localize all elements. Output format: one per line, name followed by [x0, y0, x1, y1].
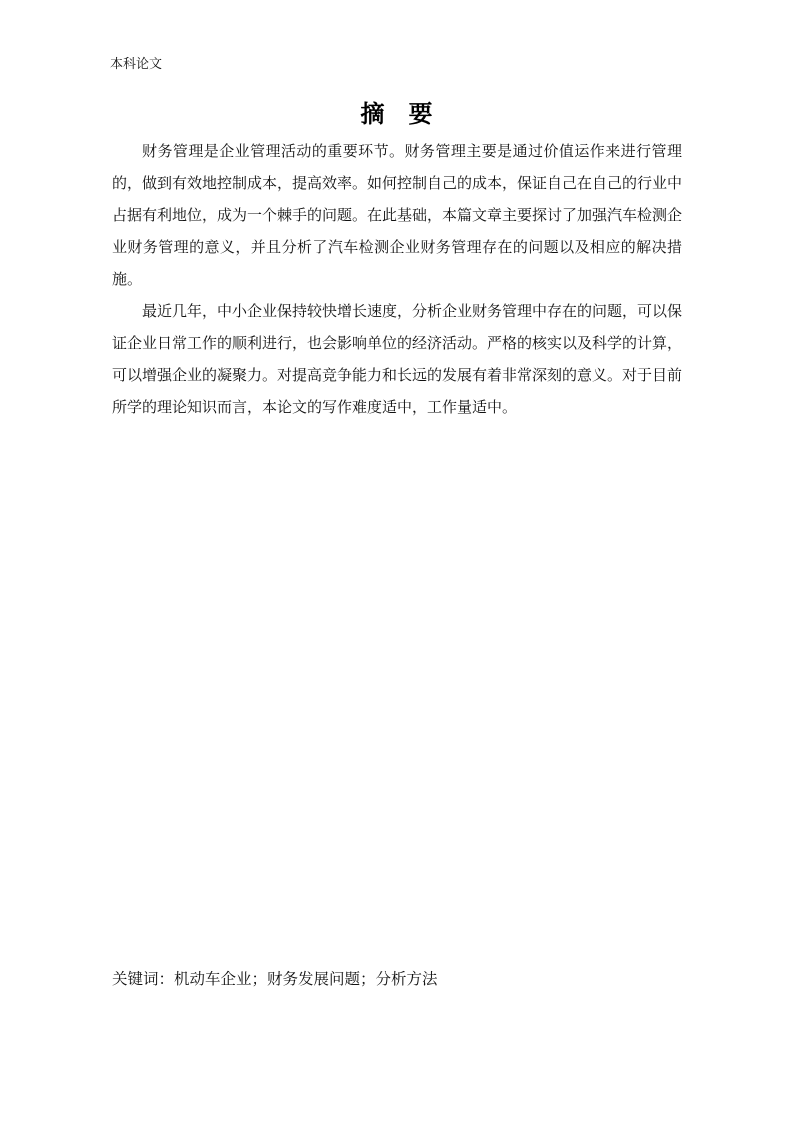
document-page: 本科论文 摘 要 财务管理是企业管理活动的重要环节。财务管理主要是通过价值运作来… — [0, 0, 793, 1122]
keywords-line: 关键词：机动车企业；财务发展问题；分析方法 — [112, 964, 682, 996]
document-type-label: 本科论文 — [110, 56, 162, 72]
keywords-list: 机动车企业；财务发展问题；分析方法 — [174, 971, 438, 988]
keywords-label: 关键词： — [112, 971, 174, 988]
abstract-paragraph-2: 最近几年，中小企业保持较快增长速度，分析企业财务管理中存在的问题，可以保证企业日… — [112, 296, 682, 424]
abstract-title: 摘 要 — [0, 94, 793, 129]
abstract-paragraph-1: 财务管理是企业管理活动的重要环节。财务管理主要是通过价值运作来进行管理的，做到有… — [112, 136, 682, 296]
abstract-body: 财务管理是企业管理活动的重要环节。财务管理主要是通过价值运作来进行管理的，做到有… — [112, 136, 682, 424]
